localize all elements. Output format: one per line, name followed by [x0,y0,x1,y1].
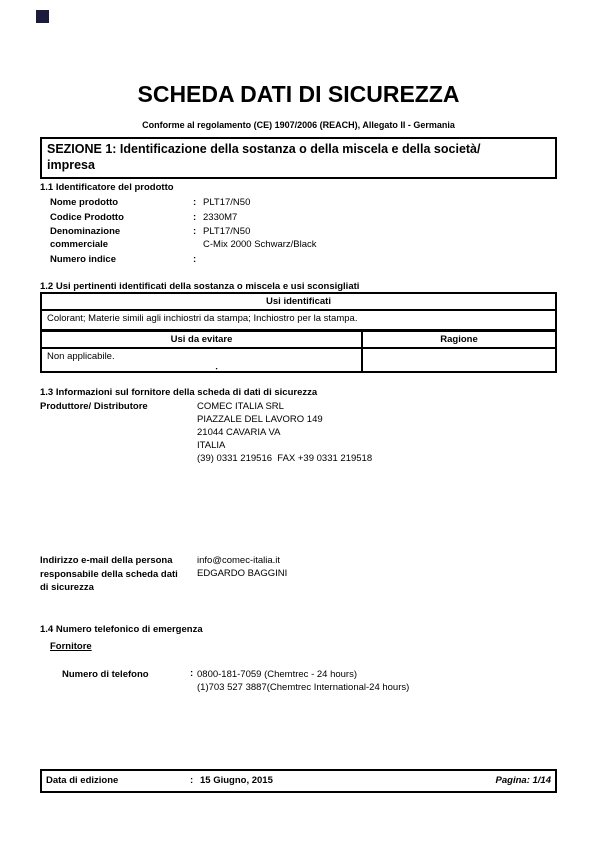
field-value: 2330M7 [203,211,557,224]
heading-1-2: 1.2 Usi pertinenti identificati della so… [40,281,359,292]
field-row-numero-indice: Numero indice : [50,253,557,266]
usi-da-evitare-value: Non applicabile. [41,348,362,372]
field-row-codice-prodotto: Codice Prodotto : 2330M7 [50,211,557,224]
field-separator: : [193,196,203,209]
edition-date-label: Data di edizione [46,771,118,791]
supplier-city: 21044 CAVARIA VA [197,426,527,439]
supplier-country: ITALIA [197,439,527,452]
stray-colon: : [215,365,218,376]
email-address: info@comec-italia.it [197,554,527,567]
supplier-address-block: COMEC ITALIA SRL PIAZZALE DEL LAVORO 149… [197,400,527,465]
heading-1-3: 1.3 Informazioni sul fornitore della sch… [40,387,317,398]
section-1-heading-box: SEZIONE 1: Identificazione della sostanz… [40,137,557,179]
supplier-name: COMEC ITALIA SRL [197,400,527,413]
field-separator: : [193,253,203,266]
email-responsible-values: info@comec-italia.it EDGARDO BAGGINI [197,554,527,580]
usi-identificati-table: Usi identificati Colorant; Materie simil… [40,292,557,331]
emergency-phone-line-1: 0800-181-7059 (Chemtrec - 24 hours) [197,668,537,681]
field-label: Numero indice [50,253,162,266]
usi-identificati-value: Colorant; Materie simili agli inchiostri… [41,310,556,330]
usi-da-evitare-table: Usi da evitare Ragione Non applicabile. [40,330,557,373]
field-row-denominazione-commerciale: Denominazione commerciale : PLT17/N50 C-… [50,225,557,251]
supplier-street: PIAZZALE DEL LAVORO 149 [197,413,527,426]
field-separator: : [193,211,203,224]
field-label: Codice Prodotto [50,211,162,224]
emergency-phone-values: 0800-181-7059 (Chemtrec - 24 hours) (1)7… [197,668,537,694]
ragione-value [362,348,556,372]
numero-di-telefono-label: Numero di telefono [62,668,187,682]
section-1-heading-line-1: SEZIONE 1: Identificazione della sostanz… [47,141,550,157]
table-row: Colorant; Materie simili agli inchiostri… [41,310,556,330]
field-separator: : [193,225,203,251]
field-value-line-2: C-Mix 2000 Schwarz/Black [203,238,557,251]
field-separator: : [190,668,193,679]
section-1-heading-line-2: impresa [47,157,550,173]
page-footer: Data di edizione : 15 Giugno, 2015 Pagin… [40,769,557,793]
produttore-distributore-label: Produttore/ Distributore [40,400,195,414]
heading-1-4: 1.4 Numero telefonico di emergenza [40,624,203,635]
sds-document-page: SCHEDA DATI DI SICUREZZA Conforme al reg… [0,0,595,842]
table-header-row: Usi da evitare Ragione [41,331,556,348]
heading-1-1: 1.1 Identificatore del prodotto [40,182,174,193]
field-row-nome-prodotto: Nome prodotto : PLT17/N50 [50,196,557,209]
field-value: PLT17/N50 [203,225,557,238]
usi-identificati-header: Usi identificati [41,293,556,310]
usi-da-evitare-header: Usi da evitare [41,331,362,348]
email-responsible-label: Indirizzo e-mail della persona responsab… [40,554,178,595]
page-number: Pagina: 1/14 [496,771,551,791]
fornitore-subheading: Fornitore [50,640,92,654]
ragione-header: Ragione [362,331,556,348]
field-separator: : [190,771,193,791]
field-value: PLT17/N50 [203,196,557,209]
corner-marker [36,10,49,23]
table-row: Non applicabile. [41,348,556,372]
document-subtitle: Conforme al regolamento (CE) 1907/2006 (… [40,120,557,130]
edition-date-value: 15 Giugno, 2015 [200,771,273,791]
emergency-phone-line-2: (1)703 527 3887(Chemtrec International-2… [197,681,537,694]
field-label: Nome prodotto [50,196,162,209]
field-label: Denominazione commerciale [50,225,162,251]
responsible-person-name: EDGARDO BAGGINI [197,567,527,580]
product-identifier-fields: Nome prodotto : PLT17/N50 Codice Prodott… [50,196,557,267]
supplier-phone-fax: (39) 0331 219516 FAX +39 0331 219518 [197,452,527,465]
table-header-row: Usi identificati [41,293,556,310]
document-title: SCHEDA DATI DI SICUREZZA [40,82,557,106]
